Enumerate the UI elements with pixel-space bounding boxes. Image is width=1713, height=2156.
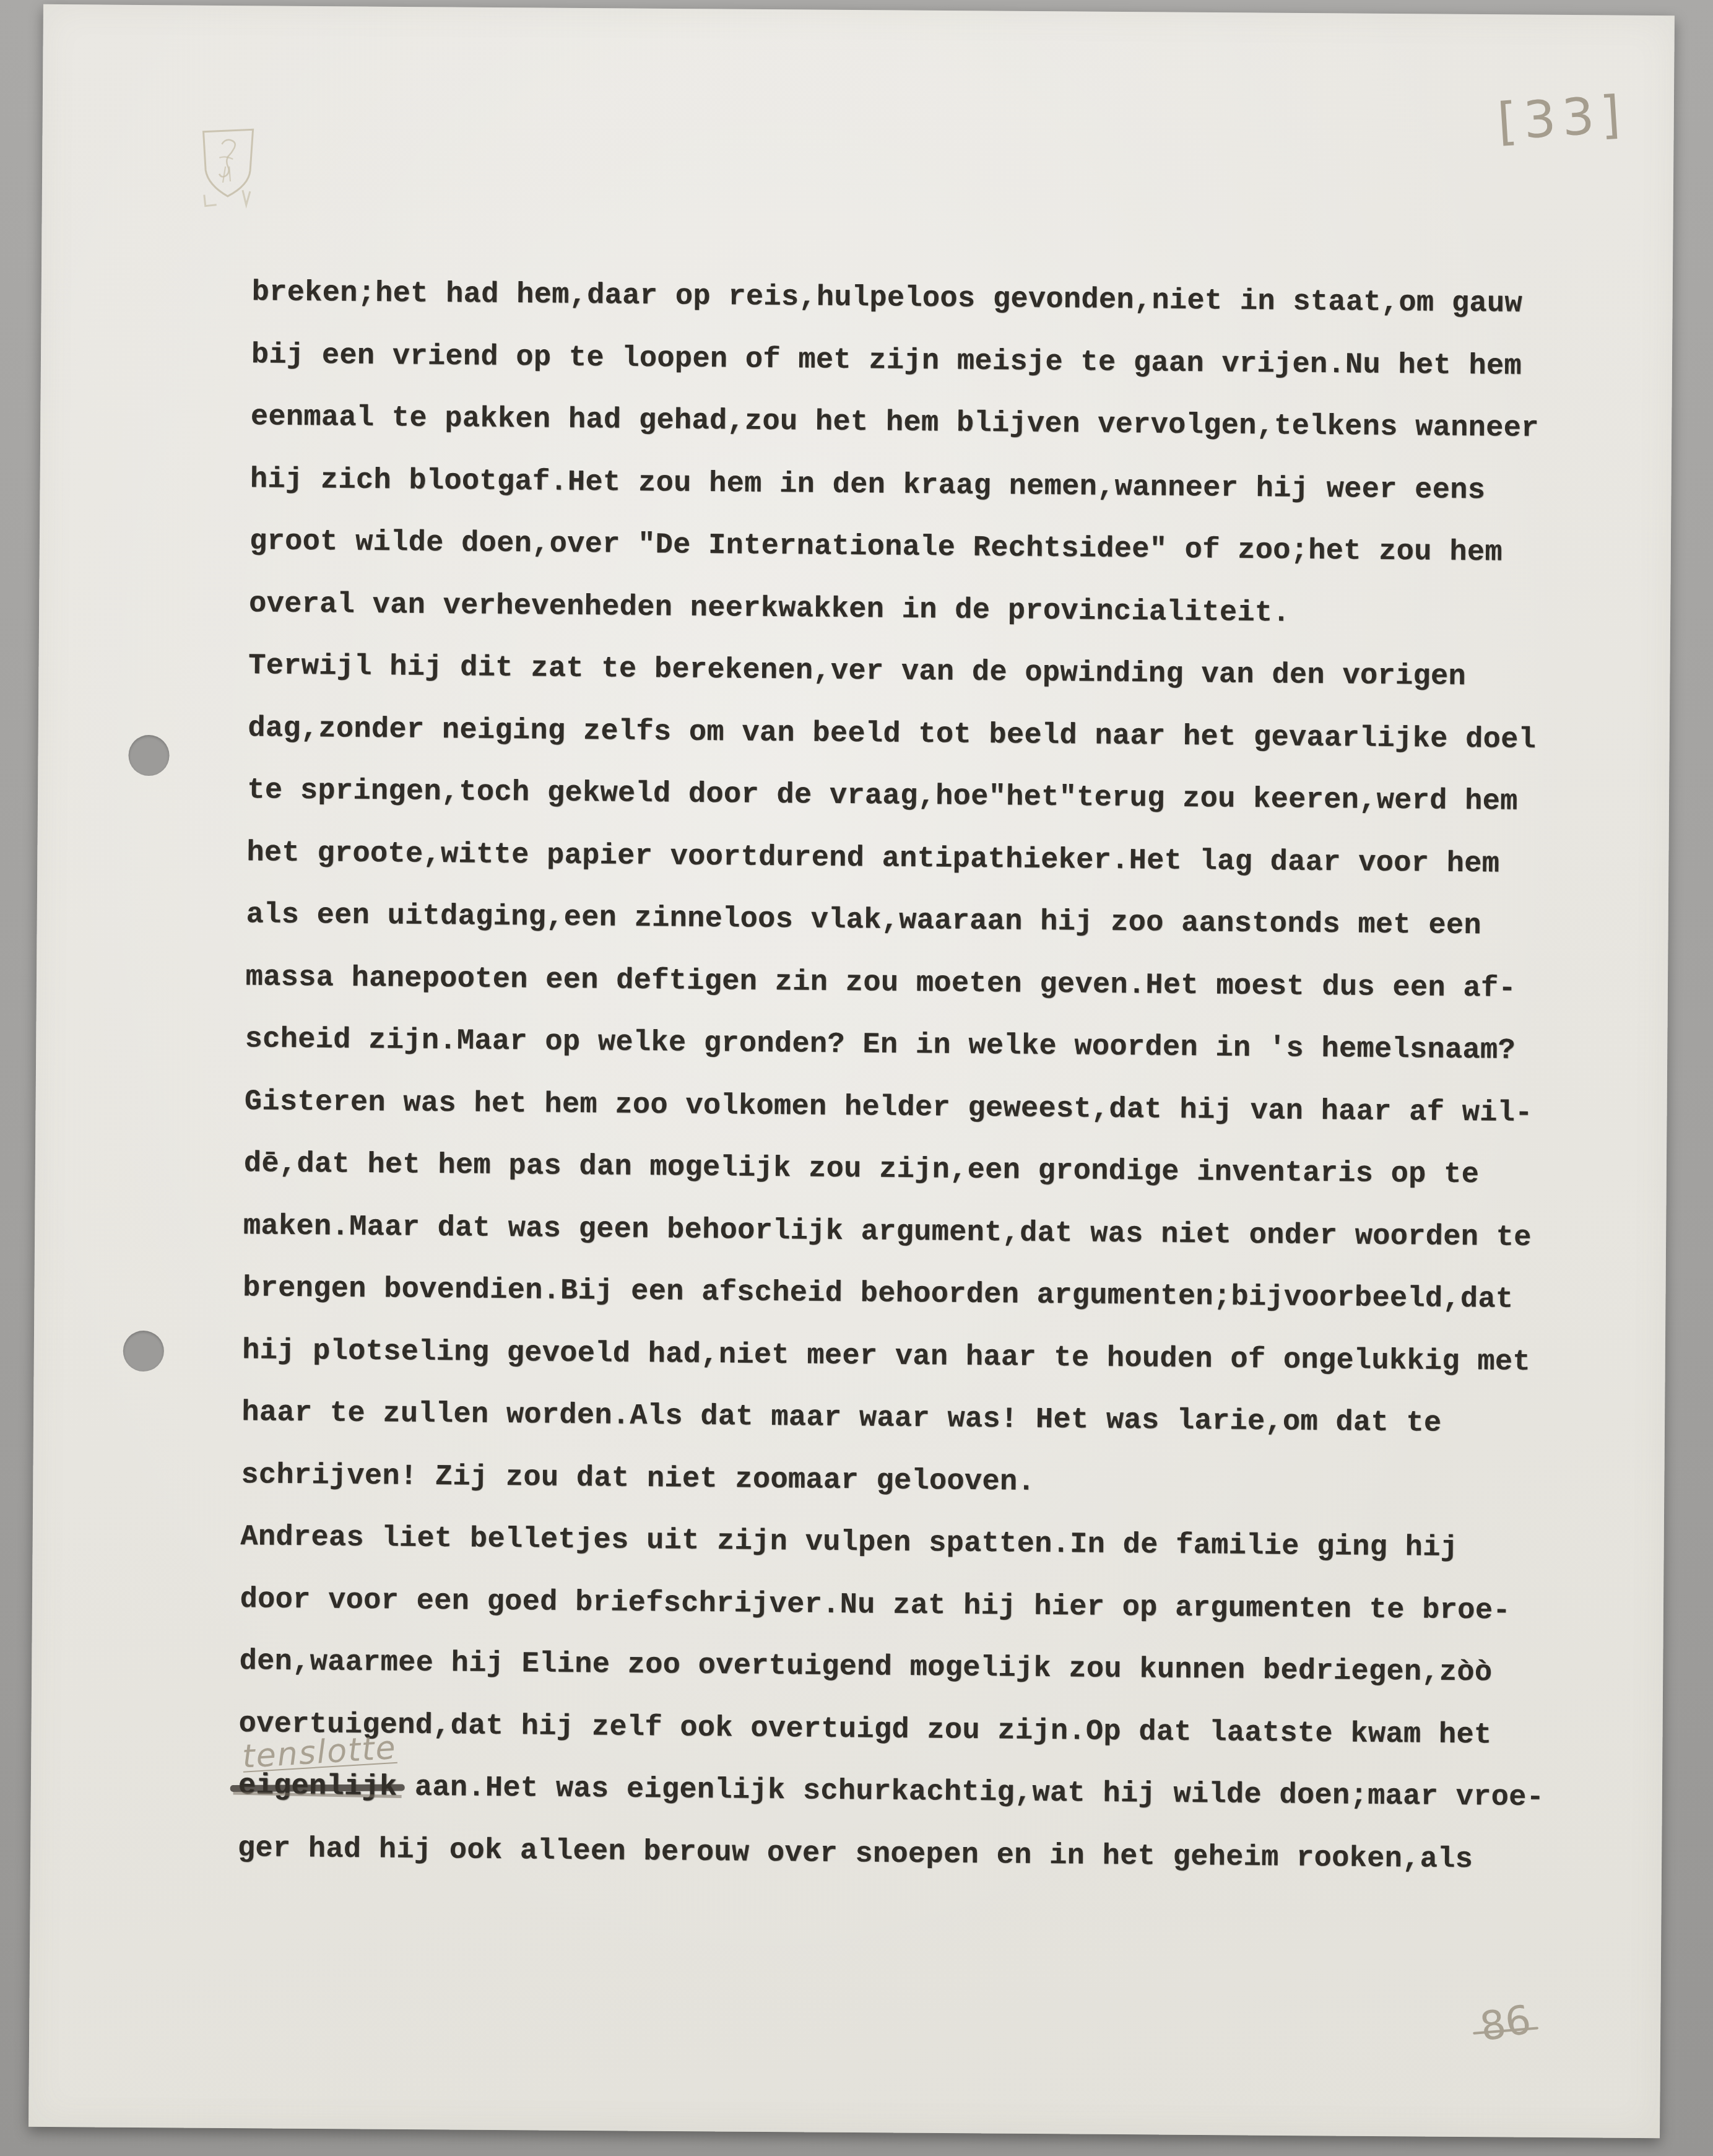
typescript-line: Andreas liet belletjes uit zijn vulpen s… <box>240 1506 1590 1581</box>
typescript-line: maken.Maar dat was geen behoorlijk argum… <box>243 1196 1594 1270</box>
typescript-line: massa hanepooten een deftigen zin zou mo… <box>245 947 1595 1021</box>
typescript-line: haar te zullen worden.Als dat maar waar … <box>241 1382 1592 1456</box>
typescript-line: breken;het had hem,daar op reis,hulpeloo… <box>251 262 1602 336</box>
typescript-line: als een uitdaging,een zinneloos vlak,waa… <box>246 884 1596 958</box>
typescript-line: ger had hij ook alleen berouw over snoep… <box>237 1818 1587 1892</box>
typescript-line: brengen bovendien.Bij een afscheid behoo… <box>243 1258 1593 1332</box>
pencil-mark-annotation: 86 <box>1477 1997 1535 2051</box>
typescript-line: groot wilde doen,over "De Internationale… <box>249 511 1600 585</box>
punch-hole <box>128 735 169 776</box>
typescript-line: bij een vriend op te loopen of met zijn … <box>251 324 1601 399</box>
punch-hole <box>123 1331 164 1371</box>
shield-stork-blindstamp-icon <box>198 126 263 213</box>
typescript-line: Terwijl hij dit zat te berekenen,ver van… <box>248 635 1598 710</box>
typescript-line: te springen,toch gekweld door de vraag,h… <box>247 760 1597 834</box>
typescript-line: hij zich blootgaf.Het zou hem in den kra… <box>249 449 1600 523</box>
typescript-line: scheid zijn.Maar op welke gronden? En in… <box>245 1009 1595 1083</box>
typescript-line: Gisteren was het hem zoo volkomen helder… <box>244 1071 1594 1145</box>
typescript-line: overtuigend,dat hij zelf ook overtuigd z… <box>238 1693 1589 1768</box>
typescript-line: schrijven! Zij zou dat niet zoomaar gelo… <box>241 1445 1591 1519</box>
typescript-line: door voor een goed briefschrijver.Nu zat… <box>240 1569 1590 1643</box>
typescript-line: het groote,witte papier voortdurend anti… <box>246 822 1597 897</box>
typescript-line: dag,zonder neiging zelfs om van beeld to… <box>248 698 1598 772</box>
typescript-line: overal van verhevenheden neerkwakken in … <box>249 573 1599 648</box>
typescript-line: hij plotseling gevoeld had,niet meer van… <box>242 1320 1592 1394</box>
typescript-text: breken;het had hem,daar op reis,hulpeloo… <box>237 262 1602 1892</box>
typescript-line: tenslotteeigenlijk aan.Het was eigenlijk… <box>238 1755 1588 1830</box>
scanner-background: { "annotations": { "page_number": "[33]"… <box>0 0 1713 2156</box>
manuscript-page: [33] breken;het had hem,daar op reis,hul… <box>28 4 1675 2138</box>
page-number-annotation: [33] <box>1496 83 1660 152</box>
typescript-line: dē,dat het hem pas dan mogelijk zou zijn… <box>243 1133 1594 1207</box>
typescript-line-text: aan.Het was eigenlijk schurkachtig,wat h… <box>397 1771 1544 1814</box>
typescript-line: eenmaal te pakken had gehad,zou het hem … <box>250 386 1600 461</box>
struck-word: eigenlijk <box>238 1755 397 1819</box>
typescript-line: den,waarmee hij Eline zoo overtuigend mo… <box>239 1631 1589 1705</box>
